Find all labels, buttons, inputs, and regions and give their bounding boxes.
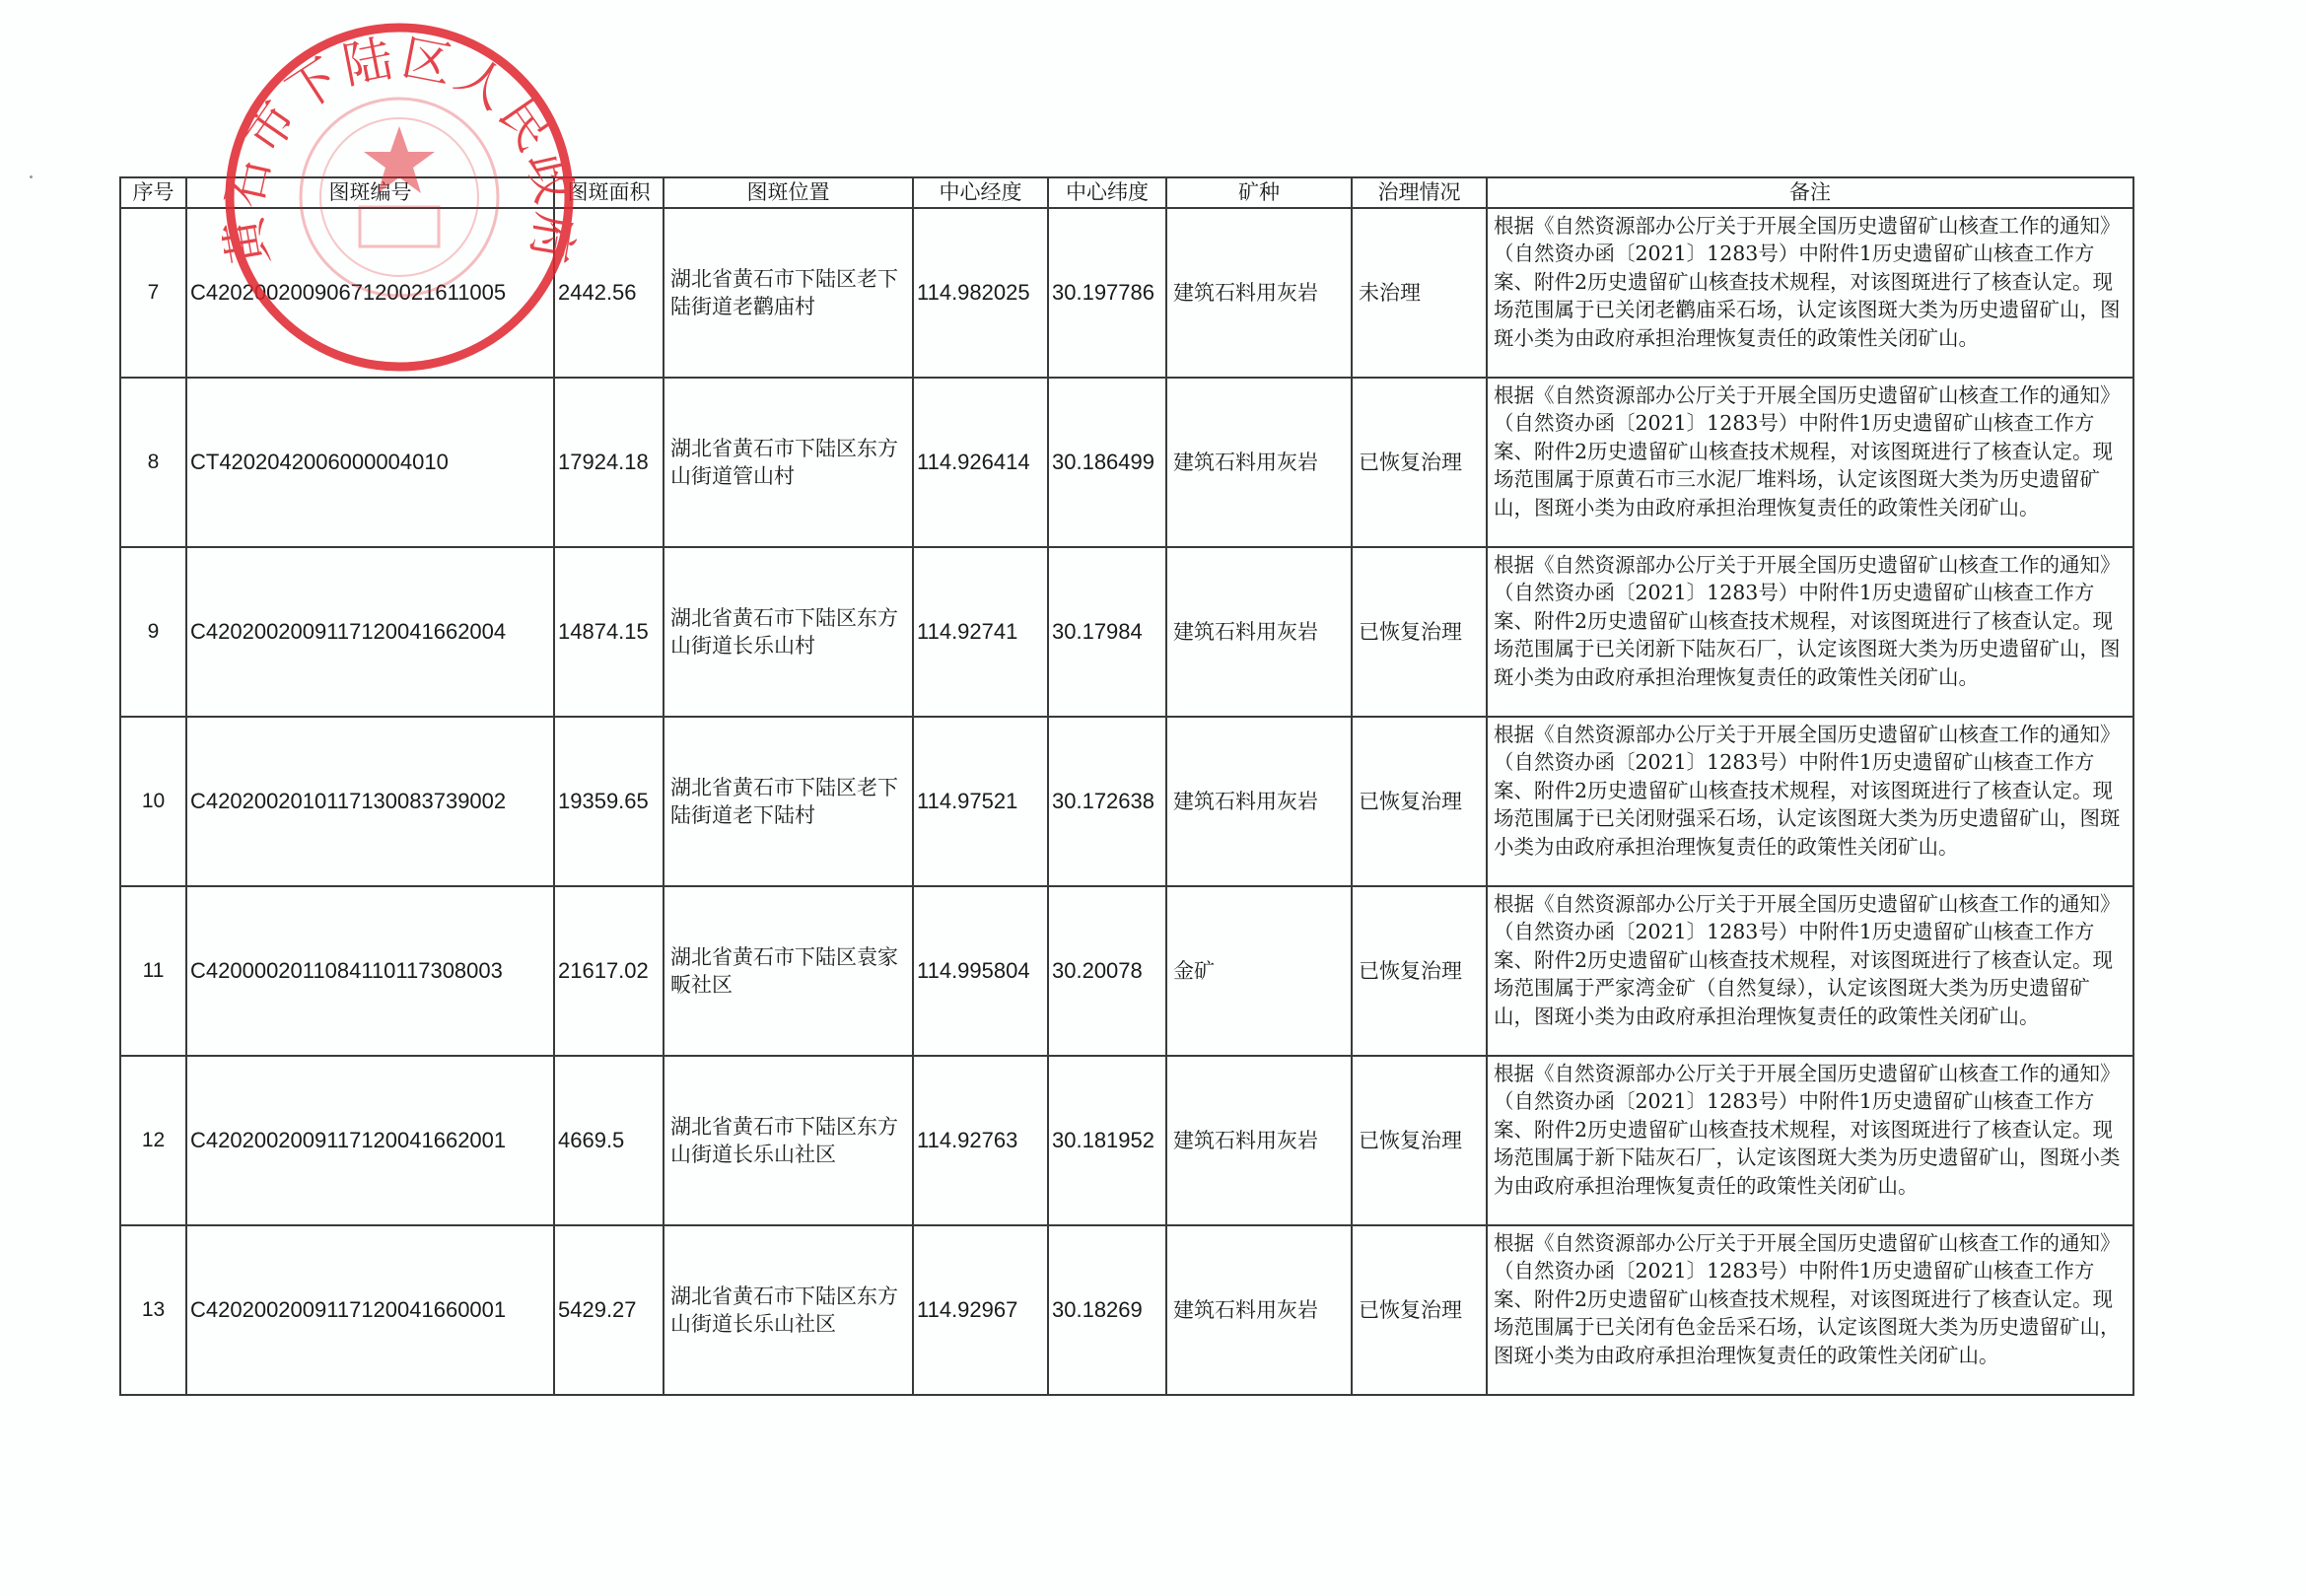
table-row: 10C420200201011713008373900219359.65湖北省黄… [120,717,2133,886]
cell-mineral: 建筑石料用灰岩 [1166,1056,1352,1225]
table-row: 13C42020020091171200416600015429.27湖北省黄石… [120,1225,2133,1395]
cell-latitude: 30.197786 [1048,208,1166,378]
cell-remark: 根据《自然资源部办公厅关于开展全国历史遗留矿山核查工作的通知》（自然资办函〔20… [1487,378,2133,547]
cell-latitude: 30.17984 [1048,547,1166,717]
header-location: 图斑位置 [664,177,913,208]
cell-no: 8 [120,378,186,547]
table-header-row: 序号 图斑编号 图斑面积 图斑位置 中心经度 中心纬度 矿种 治理情况 备注 [120,177,2133,208]
header-code: 图斑编号 [186,177,554,208]
cell-mineral: 金矿 [1166,886,1352,1056]
cell-latitude: 30.186499 [1048,378,1166,547]
cell-no: 10 [120,717,186,886]
cell-mineral: 建筑石料用灰岩 [1166,378,1352,547]
cell-no: 11 [120,886,186,1056]
cell-status: 已恢复治理 [1352,717,1487,886]
cell-location: 湖北省黄石市下陆区东方山街道长乐山社区 [664,1225,913,1395]
cell-longitude: 114.97521 [913,717,1048,886]
cell-status: 已恢复治理 [1352,1056,1487,1225]
cell-no: 9 [120,547,186,717]
cell-area: 2442.56 [554,208,664,378]
header-mineral: 矿种 [1166,177,1352,208]
cell-status: 已恢复治理 [1352,1225,1487,1395]
cell-location: 湖北省黄石市下陆区东方山街道管山村 [664,378,913,547]
cell-mineral: 建筑石料用灰岩 [1166,208,1352,378]
cell-remark: 根据《自然资源部办公厅关于开展全国历史遗留矿山核查工作的通知》（自然资办函〔20… [1487,547,2133,717]
cell-longitude: 114.92741 [913,547,1048,717]
cell-mineral: 建筑石料用灰岩 [1166,1225,1352,1395]
cell-code: C4202002009117120041662001 [186,1056,554,1225]
header-status: 治理情况 [1352,177,1487,208]
cell-location: 湖北省黄石市下陆区东方山街道长乐山社区 [664,1056,913,1225]
cell-code: C4202002009117120041662004 [186,547,554,717]
cell-mineral: 建筑石料用灰岩 [1166,717,1352,886]
cell-code: C4200002011084110117308003 [186,886,554,1056]
header-longitude: 中心经度 [913,177,1048,208]
cell-no: 13 [120,1225,186,1395]
cell-latitude: 30.181952 [1048,1056,1166,1225]
header-no: 序号 [120,177,186,208]
cell-mineral: 建筑石料用灰岩 [1166,547,1352,717]
mine-verification-table-sheet: 序号 图斑编号 图斑面积 图斑位置 中心经度 中心纬度 矿种 治理情况 备注 7… [119,176,2132,1396]
cell-location: 湖北省黄石市下陆区老下陆街道老鹳庙村 [664,208,913,378]
cell-longitude: 114.982025 [913,208,1048,378]
cell-no: 12 [120,1056,186,1225]
header-area: 图斑面积 [554,177,664,208]
cell-code: C4202002009117120041660001 [186,1225,554,1395]
cell-longitude: 114.995804 [913,886,1048,1056]
cell-latitude: 30.172638 [1048,717,1166,886]
cell-status: 已恢复治理 [1352,886,1487,1056]
cell-no: 7 [120,208,186,378]
cell-code: CT4202042006000004010 [186,378,554,547]
cell-code: C4202002010117130083739002 [186,717,554,886]
cell-remark: 根据《自然资源部办公厅关于开展全国历史遗留矿山核查工作的通知》（自然资办函〔20… [1487,717,2133,886]
cell-longitude: 114.926414 [913,378,1048,547]
cell-latitude: 30.18269 [1048,1225,1166,1395]
cell-area: 14874.15 [554,547,664,717]
cell-location: 湖北省黄石市下陆区袁家畈社区 [664,886,913,1056]
table-row: 7C42020020090671200216110052442.56湖北省黄石市… [120,208,2133,378]
cell-location: 湖北省黄石市下陆区东方山街道长乐山村 [664,547,913,717]
cell-longitude: 114.92763 [913,1056,1048,1225]
cell-status: 已恢复治理 [1352,547,1487,717]
cell-area: 4669.5 [554,1056,664,1225]
cell-area: 17924.18 [554,378,664,547]
cell-location: 湖北省黄石市下陆区老下陆街道老下陆村 [664,717,913,886]
cell-longitude: 114.92967 [913,1225,1048,1395]
cell-status: 已恢复治理 [1352,378,1487,547]
cell-area: 21617.02 [554,886,664,1056]
cell-code: C4202002009067120021611005 [186,208,554,378]
table-row: 12C42020020091171200416620014669.5湖北省黄石市… [120,1056,2133,1225]
table-row: 8CT420204200600000401017924.18湖北省黄石市下陆区东… [120,378,2133,547]
table-row: 9C420200200911712004166200414874.15湖北省黄石… [120,547,2133,717]
cell-remark: 根据《自然资源部办公厅关于开展全国历史遗留矿山核查工作的通知》（自然资办函〔20… [1487,1056,2133,1225]
cell-remark: 根据《自然资源部办公厅关于开展全国历史遗留矿山核查工作的通知》（自然资办函〔20… [1487,1225,2133,1395]
cell-latitude: 30.20078 [1048,886,1166,1056]
cell-remark: 根据《自然资源部办公厅关于开展全国历史遗留矿山核查工作的通知》（自然资办函〔20… [1487,886,2133,1056]
header-latitude: 中心纬度 [1048,177,1166,208]
scan-speck [30,175,33,178]
header-remark: 备注 [1487,177,2133,208]
cell-area: 5429.27 [554,1225,664,1395]
table-body: 7C42020020090671200216110052442.56湖北省黄石市… [120,208,2133,1395]
table-row: 11C420000201108411011730800321617.02湖北省黄… [120,886,2133,1056]
cell-status: 未治理 [1352,208,1487,378]
cell-remark: 根据《自然资源部办公厅关于开展全国历史遗留矿山核查工作的通知》（自然资办函〔20… [1487,208,2133,378]
mine-verification-table: 序号 图斑编号 图斑面积 图斑位置 中心经度 中心纬度 矿种 治理情况 备注 7… [119,176,2134,1396]
cell-area: 19359.65 [554,717,664,886]
